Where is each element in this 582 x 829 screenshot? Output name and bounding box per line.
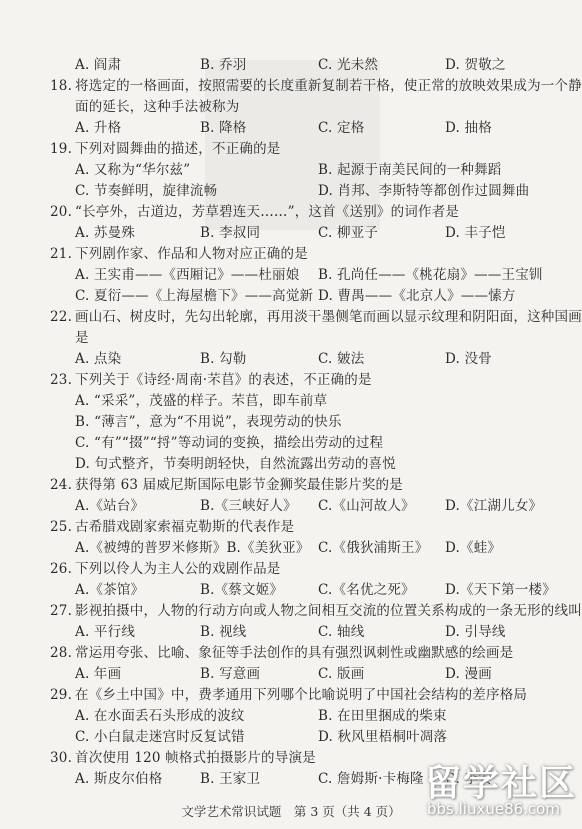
answer-option: D. 秋风里梧桐叶凋落 <box>318 728 447 746</box>
answer-option: A.《站台》 <box>75 497 144 515</box>
answer-option: C. 詹姆斯·卡梅隆 <box>318 770 424 788</box>
answer-option: D. 抽格 <box>445 119 492 137</box>
answer-option: D. 引导线 <box>445 623 506 641</box>
answer-option: B.《蔡文姬》 <box>200 581 283 599</box>
answer-option: C.《山河故人》 <box>318 497 415 515</box>
answer-option: B. 孔尚任——《桃花扇》——王宝钏 <box>318 266 543 284</box>
question-number: 19. <box>50 140 72 158</box>
answer-option: A. 王实甫——《西厢记》——杜丽娘 <box>75 266 299 284</box>
answer-option: A.《茶馆》 <box>75 581 144 599</box>
answer-option: D.《天下第一楼》 <box>445 581 556 599</box>
answer-option: D. 曹禺——《北京人》——愫方 <box>318 287 516 305</box>
watermark-url: bbs.liuxue86.com <box>427 800 560 818</box>
answer-option: B. 在田里捆成的柴束 <box>318 707 447 725</box>
question-text: 下列以伶人为主人公的戏剧作品是 <box>75 560 281 578</box>
question-number: 27. <box>50 602 72 620</box>
answer-option: A. 年画 <box>75 665 121 683</box>
watermark-logo: 留学社区 <box>425 755 577 806</box>
answer-option: D. 漫画 <box>445 665 492 683</box>
question-number: 24. <box>50 476 72 494</box>
answer-option: C. 小白鼠走迷宫时反复试错 <box>75 728 245 746</box>
question-text: “长亭外，古道边，芳草碧连天……”，这首《送别》的词作者是 <box>75 203 459 221</box>
question-number: 20. <box>50 203 72 221</box>
answer-option: D. 句式整齐，节奏明朗轻快，自然流露出劳动的喜悦 <box>75 455 396 473</box>
question-text: 古希腊戏剧家索福克勒斯的代表作是 <box>75 518 294 536</box>
answer-option: C. 版画 <box>318 665 364 683</box>
answer-option: A. 平行线 <box>75 623 135 641</box>
answer-option: C. 夏衍——《上海屋檐下》——高觉新 <box>75 287 313 305</box>
question-text: 将选定的一格画面，按照需要的长度重新复制若干格，使正常的放映效果成为一个静止画 <box>75 77 582 95</box>
answer-option: C.《名优之死》 <box>318 581 415 599</box>
answer-option: D. 没骨 <box>445 350 492 368</box>
answer-option: C.《俄狄浦斯王》 <box>318 539 428 557</box>
question-text: 下列关于《诗经·周南·芣苢》的表述，不正确的是 <box>75 371 372 389</box>
answer-option: A. 点染 <box>75 350 121 368</box>
answer-option: B. 降格 <box>200 119 247 137</box>
answer-option: B. 起源于南美民间的一种舞蹈 <box>318 161 502 179</box>
answer-option: D. 肖邦、李斯特等都创作过圆舞曲 <box>318 182 529 200</box>
question-number: 30. <box>50 749 72 767</box>
answer-option: A. 又称为“华尔兹” <box>75 161 190 179</box>
answer-option: C. 节奏鲜明，旋律流畅 <box>75 182 217 200</box>
answer-option: B. 视线 <box>200 623 247 641</box>
question-number: 29. <box>50 686 72 704</box>
answer-option: B. 写意画 <box>200 665 260 683</box>
question-text: 画山石、树皮时，先勾出轮廓，再用淡干墨侧笔而画以显示纹理和阴阳面，这种国画技法 <box>75 308 582 326</box>
answer-option: A. “采采”，茂盛的样子。芣苢，即车前草 <box>75 392 327 410</box>
answer-option: A.《被缚的普罗米修斯》B.《美狄亚》 <box>75 539 310 557</box>
answer-option: C. 轴线 <box>318 623 364 641</box>
question-text: 在《乡土中国》中，费孝通用下列哪个比喻说明了中国社会结构的差序格局 <box>75 686 527 704</box>
answer-option: A. 斯皮尔伯格 <box>75 770 162 788</box>
question-text: 下列对圆舞曲的描述，不正确的是 <box>75 140 281 158</box>
question-number: 22. <box>50 308 72 326</box>
answer-option: C. 皴法 <box>318 350 364 368</box>
answer-option: A. 苏曼殊 <box>75 224 135 242</box>
question-text: 获得第 63 届威尼斯国际电影节金狮奖最佳影片奖的是 <box>75 476 403 494</box>
question-text: 面的延长，这种手法被称为 <box>75 98 239 116</box>
question-number: 23. <box>50 371 72 389</box>
question-number: 18. <box>50 77 72 95</box>
question-text: 是 <box>75 329 89 347</box>
question-text: 下列剧作家、作品和人物对应正确的是 <box>75 245 308 263</box>
answer-option: D.《江湖儿女》 <box>445 497 542 515</box>
answer-option: B.《三峡好人》 <box>200 497 297 515</box>
answer-option: D. 贺敬之 <box>445 56 506 74</box>
answer-option: B. “薄言”，意为“不用说”，表现劳动的快乐 <box>75 413 342 431</box>
answer-option: C. 柳亚子 <box>318 224 378 242</box>
question-text: 首次使用 120 帧格式拍摄影片的导演是 <box>75 749 316 767</box>
question-number: 21. <box>50 245 72 263</box>
answer-option: B. 乔羽 <box>200 56 247 74</box>
answer-option: A. 升格 <box>75 119 121 137</box>
question-number: 26. <box>50 560 72 578</box>
answer-option: A. 阎肃 <box>75 56 121 74</box>
answer-option: C. 光未然 <box>318 56 378 74</box>
answer-option: B. 李叔同 <box>200 224 260 242</box>
answer-option: D.《蛙》 <box>445 539 501 557</box>
question-number: 25. <box>50 518 72 536</box>
answer-option: A. 在水面丢石头形成的波纹 <box>75 707 245 725</box>
watermark: 留学社区 bbs.liuxue86.com <box>425 755 582 825</box>
question-text: 影视拍摄中，人物的行动方向或人物之间相互交流的位置关系构成的一条无形的线叫做 <box>75 602 582 620</box>
answer-option: B. 勾勒 <box>200 350 247 368</box>
question-number: 28. <box>50 644 72 662</box>
answer-option: B. 王家卫 <box>200 770 260 788</box>
question-text: 常运用夸张、比喻、象征等手法创作的具有强烈讽刺性或幽默感的绘画是 <box>75 644 513 662</box>
answer-option: C. 定格 <box>318 119 364 137</box>
exam-page: A. 阎肃B. 乔羽C. 光未然D. 贺敬之18.将选定的一格画面，按照需要的长… <box>0 0 582 829</box>
answer-option: D. 丰子恺 <box>445 224 506 242</box>
answer-option: C. “有”“掇”“捋”等动词的变换，描绘出劳动的过程 <box>75 434 383 452</box>
